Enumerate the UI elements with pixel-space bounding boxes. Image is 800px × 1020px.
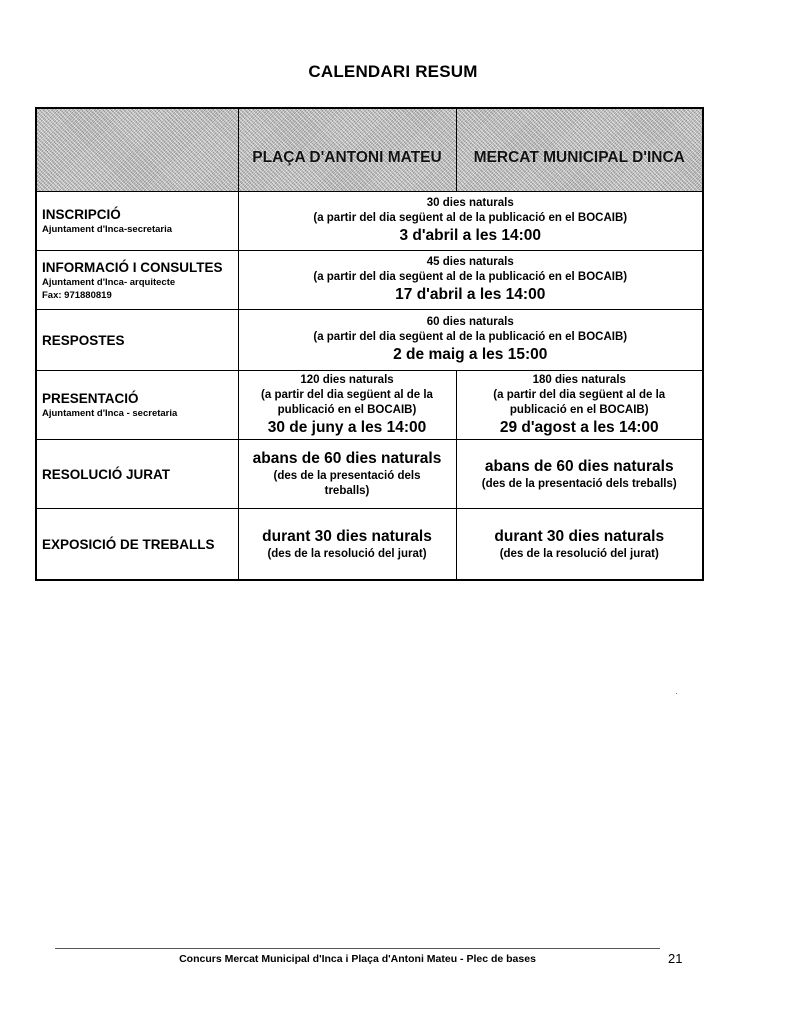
header-mercat-municipal: MERCAT MUNICIPAL D'INCA <box>456 108 703 192</box>
row-fax: Fax: 971880819 <box>42 289 238 302</box>
deadline-date: 3 d'abril a les 14:00 <box>239 226 703 246</box>
table-row-inscripcio: INSCRIPCIÓ Ajuntament d'Inca-secretaria … <box>36 192 703 251</box>
deadline-note: (des de la presentació dels treballs) <box>457 477 703 492</box>
table-row-resolucio-jurat: RESOLUCIÓ JURAT abans de 60 dies natural… <box>36 440 703 509</box>
row-sublabel: Ajuntament d'Inca-secretaria <box>42 223 238 236</box>
merged-deadline-cell: 60 dies naturals (a partir del dia següe… <box>238 310 703 371</box>
placa-deadline-cell: 120 dies naturals (a partir del dia segü… <box>238 371 456 440</box>
period-note: (a partir del dia següent al de la publi… <box>249 388 446 418</box>
deadline-date: 29 d'agost a les 14:00 <box>479 418 681 438</box>
row-label: PRESENTACIÓ <box>42 390 238 407</box>
deadline-main: durant 30 dies naturals <box>239 527 456 547</box>
row-label: INFORMACIÓ I CONSULTES <box>42 259 238 276</box>
footer-divider <box>55 948 660 949</box>
placa-deadline-cell: abans de 60 dies naturals (des de la pre… <box>238 440 456 509</box>
period-note: (a partir del dia següent al de la publi… <box>239 270 703 285</box>
table-row-exposicio: EXPOSICIÓ DE TREBALLS durant 30 dies nat… <box>36 509 703 581</box>
page-number: 21 <box>668 951 682 966</box>
header-blank-cell <box>36 108 238 192</box>
period: 120 dies naturals <box>249 373 446 388</box>
table-row-presentacio: PRESENTACIÓ Ajuntament d'Inca - secretar… <box>36 371 703 440</box>
header-placa-antoni-mateu: PLAÇA D'ANTONI MATEU <box>238 108 456 192</box>
deadline-main: durant 30 dies naturals <box>457 527 703 547</box>
deadline-date: 2 de maig a les 15:00 <box>239 345 703 365</box>
row-label-cell: INSCRIPCIÓ Ajuntament d'Inca-secretaria <box>36 192 238 251</box>
table-row-respostes: RESPOSTES 60 dies naturals (a partir del… <box>36 310 703 371</box>
calendar-summary-table: PLAÇA D'ANTONI MATEU MERCAT MUNICIPAL D'… <box>35 107 704 581</box>
period: 60 dies naturals <box>239 315 703 330</box>
row-label: RESPOSTES <box>42 332 238 349</box>
period-note: (a partir del dia següent al de la publi… <box>239 211 703 226</box>
mercat-deadline-cell: 180 dies naturals (a partir del dia segü… <box>456 371 703 440</box>
row-label: RESOLUCIÓ JURAT <box>42 466 238 483</box>
row-label-cell: INFORMACIÓ I CONSULTES Ajuntament d'Inca… <box>36 251 238 310</box>
deadline-note: (des de la presentació dels treballs) <box>259 469 436 499</box>
merged-deadline-cell: 45 dies naturals (a partir del dia següe… <box>238 251 703 310</box>
period-note: (a partir del dia següent al de la publi… <box>479 388 681 418</box>
deadline-date: 30 de juny a les 14:00 <box>249 418 446 438</box>
mercat-deadline-cell: abans de 60 dies naturals (des de la pre… <box>456 440 703 509</box>
period: 45 dies naturals <box>239 255 703 270</box>
mercat-deadline-cell: durant 30 dies naturals (des de la resol… <box>456 509 703 581</box>
deadline-main: abans de 60 dies naturals <box>457 457 703 477</box>
period-note: (a partir del dia següent al de la publi… <box>239 330 703 345</box>
row-label-cell: PRESENTACIÓ Ajuntament d'Inca - secretar… <box>36 371 238 440</box>
table-row-informacio: INFORMACIÓ I CONSULTES Ajuntament d'Inca… <box>36 251 703 310</box>
row-sublabel: Ajuntament d'Inca - secretaria <box>42 407 238 420</box>
deadline-note: (des de la resolució del jurat) <box>239 547 456 562</box>
row-label: EXPOSICIÓ DE TREBALLS <box>42 536 238 553</box>
merged-deadline-cell: 30 dies naturals (a partir del dia següe… <box>238 192 703 251</box>
deadline-note: (des de la resolució del jurat) <box>457 547 703 562</box>
row-label-cell: RESPOSTES <box>36 310 238 371</box>
placa-deadline-cell: durant 30 dies naturals (des de la resol… <box>238 509 456 581</box>
deadline-date: 17 d'abril a les 14:00 <box>239 285 703 305</box>
row-label-cell: EXPOSICIÓ DE TREBALLS <box>36 509 238 581</box>
row-sublabel: Ajuntament d'Inca- arquitecte <box>42 276 238 289</box>
period: 180 dies naturals <box>479 373 681 388</box>
deadline-main: abans de 60 dies naturals <box>241 449 454 469</box>
page-title: CALENDARI RESUM <box>0 62 786 82</box>
period: 30 dies naturals <box>239 196 703 211</box>
row-label: INSCRIPCIÓ <box>42 206 238 223</box>
table-header-row: PLAÇA D'ANTONI MATEU MERCAT MUNICIPAL D'… <box>36 108 703 192</box>
row-label-cell: RESOLUCIÓ JURAT <box>36 440 238 509</box>
scan-speck <box>676 693 677 694</box>
footer-text: Concurs Mercat Municipal d'Inca i Plaça … <box>55 953 660 965</box>
